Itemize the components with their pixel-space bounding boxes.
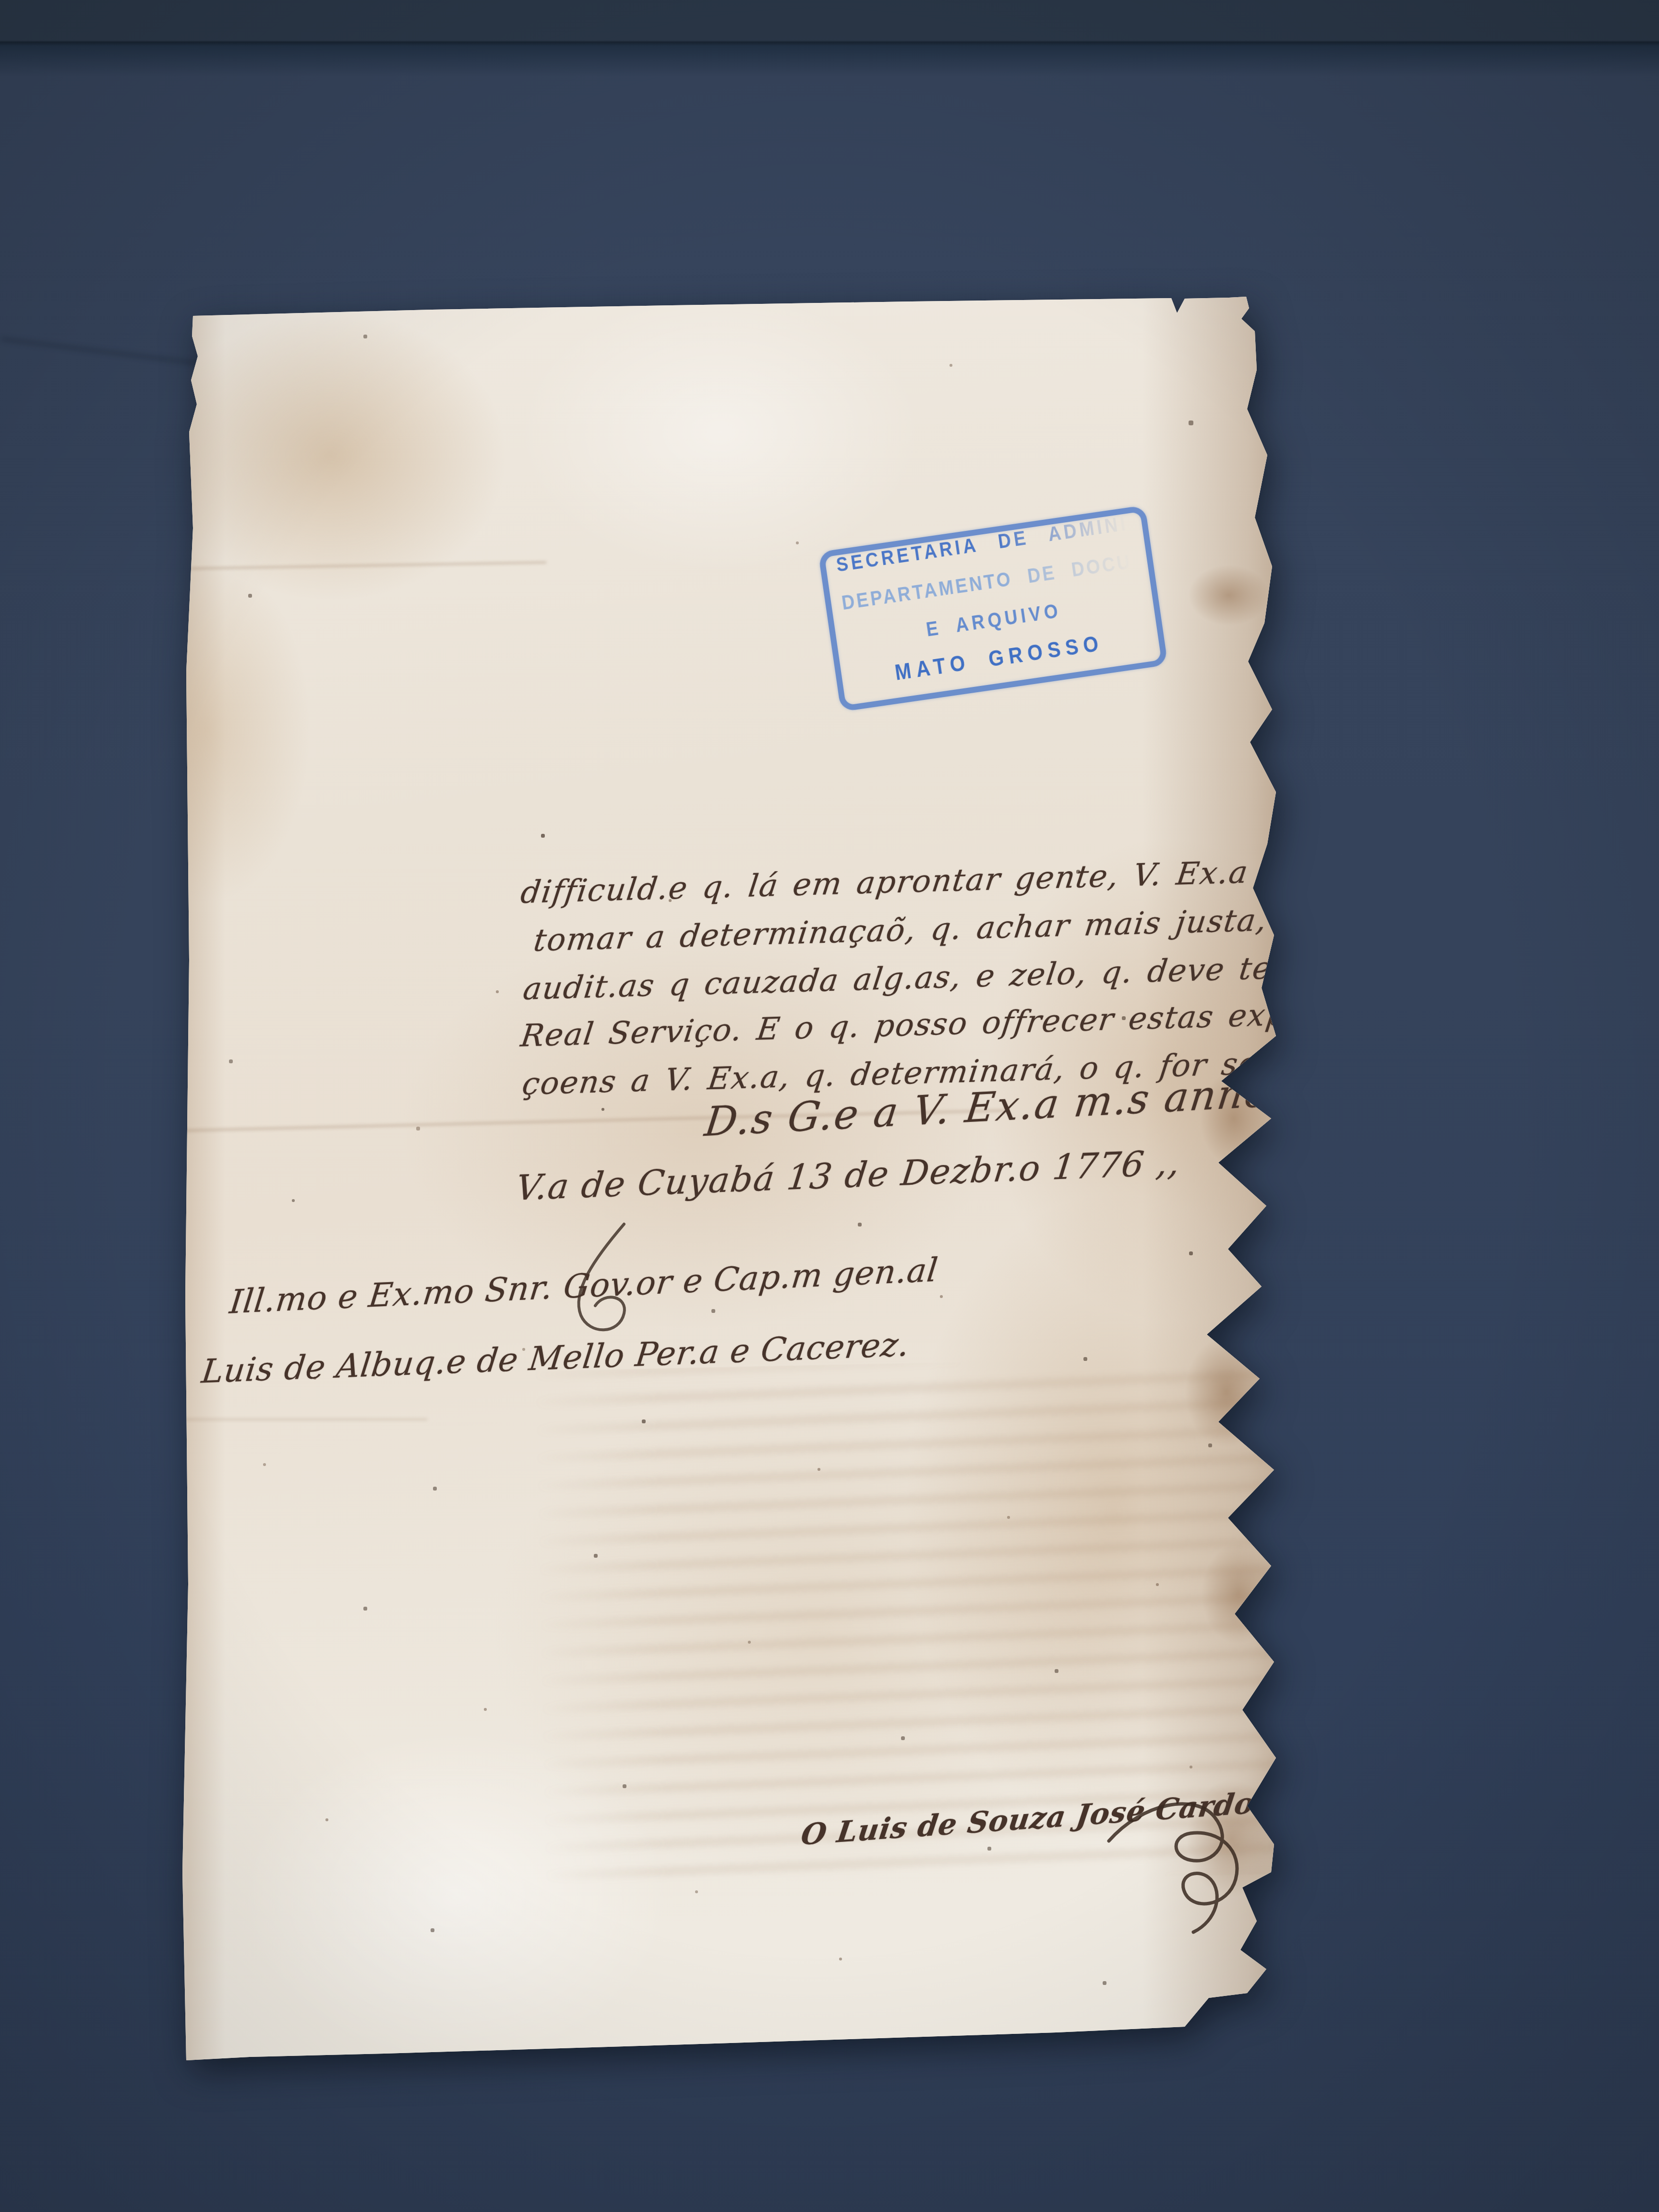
date-line: V.a de Cuyabá 13 de Dezbr.o 1776 ,, [514, 1142, 1183, 1208]
address-line-1: Ill.mo e Ex.mo Snr. Gov.or e Cap.m gen.a… [228, 1251, 940, 1321]
manuscript-line-2: tomar a determinaçaõ, q. achar mais just… [532, 899, 1389, 959]
paper-sheet: SECRETARIA DE ADMINISTRAÇÃ DEPARTAMENTO … [0, 0, 1659, 2212]
manuscript-line-1: difficuld.e q. lá em aprontar gente, V. … [519, 851, 1380, 911]
document-paper: SECRETARIA DE ADMINISTRAÇÃ DEPARTAMENTO … [0, 0, 1659, 2212]
ink-specks [0, 0, 1, 1]
photograph-backdrop: SECRETARIA DE ADMINISTRAÇÃ DEPARTAMENTO … [0, 0, 1659, 2212]
manuscript-line-4: Real Serviço. E o q. posso offrecer esta… [519, 996, 1336, 1054]
archive-stamp: SECRETARIA DE ADMINISTRAÇÃ DEPARTAMENTO … [812, 492, 1170, 715]
manuscript-line-3: audit.as q cauzada alg.as, e zelo, q. de… [521, 949, 1345, 1007]
paper-crease [178, 1419, 427, 1420]
paper-crease [191, 562, 546, 570]
